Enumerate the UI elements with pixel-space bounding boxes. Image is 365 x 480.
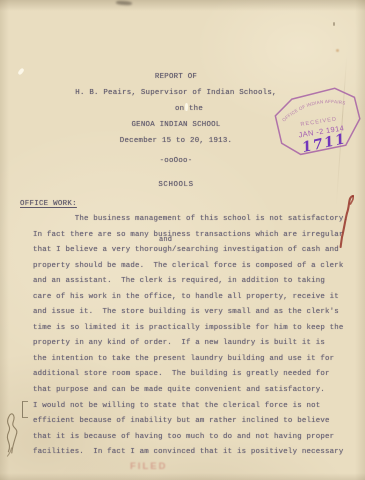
document-page: REPORT OF H. B. Peairs, Supervisor of In… [0,0,365,480]
typewritten-line: and an assistant. The clerk is required,… [33,274,348,290]
section-heading: SCHOOLS [0,177,352,193]
typewritten-line: the intention to take the present laundr… [33,352,348,368]
typewritten-line: additional store room space. The buildin… [33,367,348,383]
report-title: REPORT OF [0,69,352,85]
typewritten-line: facilities. In fact I am convinced that … [33,445,348,461]
received-stamp: OFFICE OF INDIAN AFFAIRS RECEIVED JAN -2… [269,83,365,163]
typewritten-line: that purpose and can be made quite conve… [33,383,348,399]
red-check-mark [338,193,358,251]
paper-smudge [116,0,132,5]
typewritten-line: property in any kind of order. If a new … [33,336,348,352]
typewritten-line: I would not be willing to state that the… [33,399,348,415]
paper-speck [336,49,339,52]
typewritten-line: care of his work in the office, to handl… [33,290,348,306]
typewritten-line: property should be made. The clerical fo… [33,259,348,275]
inserted-word: and [159,236,172,244]
typewritten-line: The business management of this school i… [33,212,348,228]
typewritten-line: time is so limited it is practically imp… [33,321,348,337]
body-paragraph: The business management of this school i… [33,212,348,461]
typewritten-line: that I believe a very thorough/searching… [33,243,348,259]
pencil-scribble [0,399,34,459]
office-work-label: OFFICE WORK: [20,200,77,208]
typewritten-line: efficient because of inability but am ra… [33,414,348,430]
filed-stamp: FILED [130,461,240,472]
typewritten-line: that it is because of having too much to… [33,430,348,446]
paper-speck [333,22,335,26]
typewritten-line: and issue it. The store building is very… [33,305,348,321]
typewritten-line: In fact there are so many business trans… [33,228,348,244]
